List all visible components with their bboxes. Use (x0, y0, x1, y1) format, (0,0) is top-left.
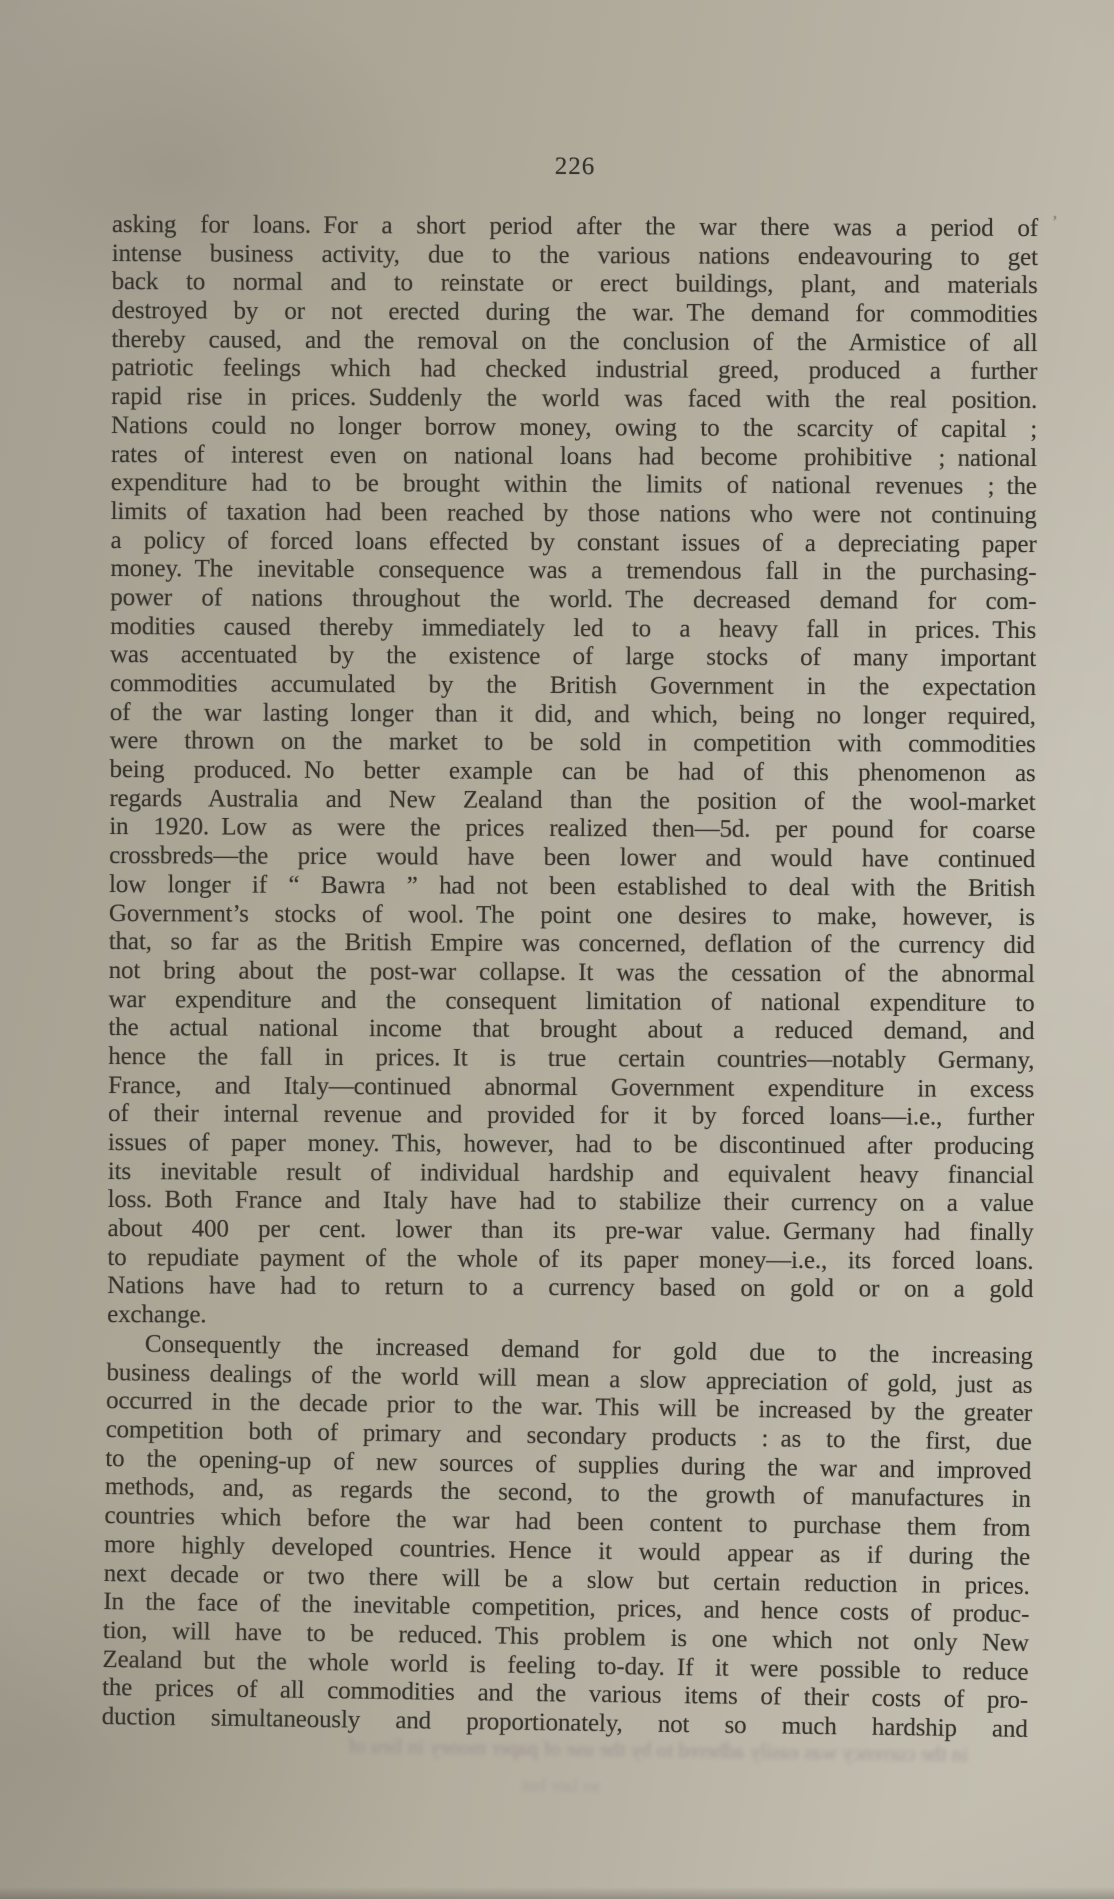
text-line: power of nations throughout the world. T… (110, 584, 1036, 617)
text-line: regards Australia and New Zealand than t… (109, 785, 1035, 818)
text-line: rapid rise in prices. Suddenly the world… (111, 383, 1037, 416)
text-line: asking for loans. For a short period aft… (112, 211, 1038, 244)
text-line: money. The inevitable consequence was a … (110, 555, 1036, 588)
text-line: modities caused thereby immediately led … (110, 613, 1036, 646)
paragraph-postwar-economy: asking for loans. For a short period aft… (107, 211, 1038, 1334)
text-line: not bring about the post-war collapse. I… (109, 957, 1035, 990)
text-line: Nations have had to return to a currency… (107, 1272, 1033, 1305)
text-line: low longer if “ Bawra ” had not been est… (109, 871, 1035, 904)
bleed-through-text-2: so late but (300, 1772, 600, 1798)
text-line: commodities accumulated by the British G… (110, 670, 1036, 703)
text-line: to repudiate payment of the whole of its… (107, 1244, 1033, 1277)
text-line: was accentuated by the existence of larg… (110, 641, 1036, 674)
text-line: France, and Italy—continued abnormal Gov… (108, 1072, 1034, 1105)
text-line: its inevitable result of individual hard… (108, 1158, 1034, 1191)
body-text: asking for loans. For a short period aft… (105, 211, 1038, 1735)
text-line: thereby caused, and the removal on the c… (111, 326, 1037, 359)
text-line: the actual national income that brought … (108, 1014, 1034, 1047)
text-line: of the war lasting longer than it did, a… (110, 699, 1036, 732)
text-line: exchange. (107, 1301, 1033, 1334)
text-line: back to normal and to reinstate or erect… (112, 268, 1038, 301)
text-line: patriotic feelings which had checked ind… (111, 354, 1037, 387)
screenshot-root: { "colors": { "paper": "#b0aa9c", "ink":… (0, 0, 1114, 1899)
text-line: about 400 per cent. lower than its pre-w… (107, 1215, 1033, 1248)
text-line: hence the fall in prices. It is true cer… (108, 1043, 1034, 1076)
text-line: issues of paper money. This, however, ha… (108, 1129, 1034, 1162)
text-line: Nations could no longer borrow money, ow… (111, 412, 1037, 445)
text-line: of their internal revenue and provided f… (108, 1100, 1034, 1133)
page-number: 226 (112, 150, 1038, 183)
text-line: that, so far as the British Empire was c… (109, 928, 1035, 961)
text-line: intense business activity, due to the va… (112, 240, 1038, 273)
text-line: expenditure had to be brought within the… (111, 469, 1037, 502)
text-line: in 1920. Low as were the prices realized… (109, 813, 1035, 846)
text-line: crossbreds—the price would have been low… (109, 842, 1035, 875)
text-line: loss. Both France and Italy have had to … (108, 1186, 1034, 1219)
text-line: being produced. No better example can be… (109, 756, 1035, 789)
text-line: limits of taxation had been reached by t… (111, 498, 1037, 531)
text-line: were thrown on the market to be sold in … (110, 727, 1036, 760)
text-line: rates of interest even on national loans… (111, 440, 1037, 473)
text-line: destroyed by or not erected during the w… (111, 297, 1037, 330)
text-line: Government’s stocks of wool. The point o… (109, 899, 1035, 932)
paragraph-gold-demand: Consequently the increased demand for go… (102, 1330, 1034, 1745)
text-line: a policy of forced loans effected by con… (110, 527, 1036, 560)
text-line: war expenditure and the consequent limit… (108, 986, 1034, 1019)
scanned-book-page: 226 asking for loans. For a short period… (0, 0, 1114, 1899)
stray-ink-mark: ’ (1052, 212, 1058, 232)
